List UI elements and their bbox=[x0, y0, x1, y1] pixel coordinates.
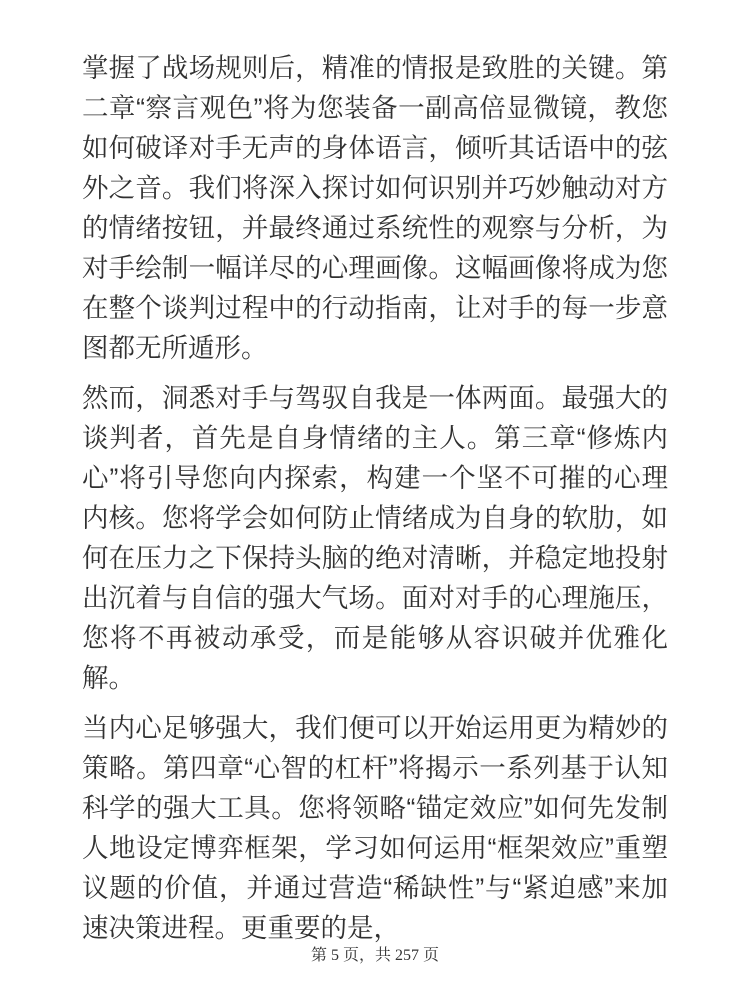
paragraph: 当内心足够强大，我们便可以开始运用更为精妙的策略。第四章“心智的杠杆”将揭示一系… bbox=[82, 708, 668, 948]
document-page: 掌握了战场规则后，精准的情报是致胜的关键。第二章“察言观色”将为您装备一副高倍显… bbox=[0, 0, 750, 1000]
document-body: 掌握了战场规则后，精准的情报是致胜的关键。第二章“察言观色”将为您装备一副高倍显… bbox=[82, 48, 668, 960]
paragraph: 然而，洞悉对手与驾驭自我是一体两面。最强大的谈判者，首先是自身情绪的主人。第三章… bbox=[82, 378, 668, 698]
page-number-indicator: 第 5 页，共 257 页 bbox=[0, 946, 750, 966]
paragraph: 掌握了战场规则后，精准的情报是致胜的关键。第二章“察言观色”将为您装备一副高倍显… bbox=[82, 48, 668, 368]
